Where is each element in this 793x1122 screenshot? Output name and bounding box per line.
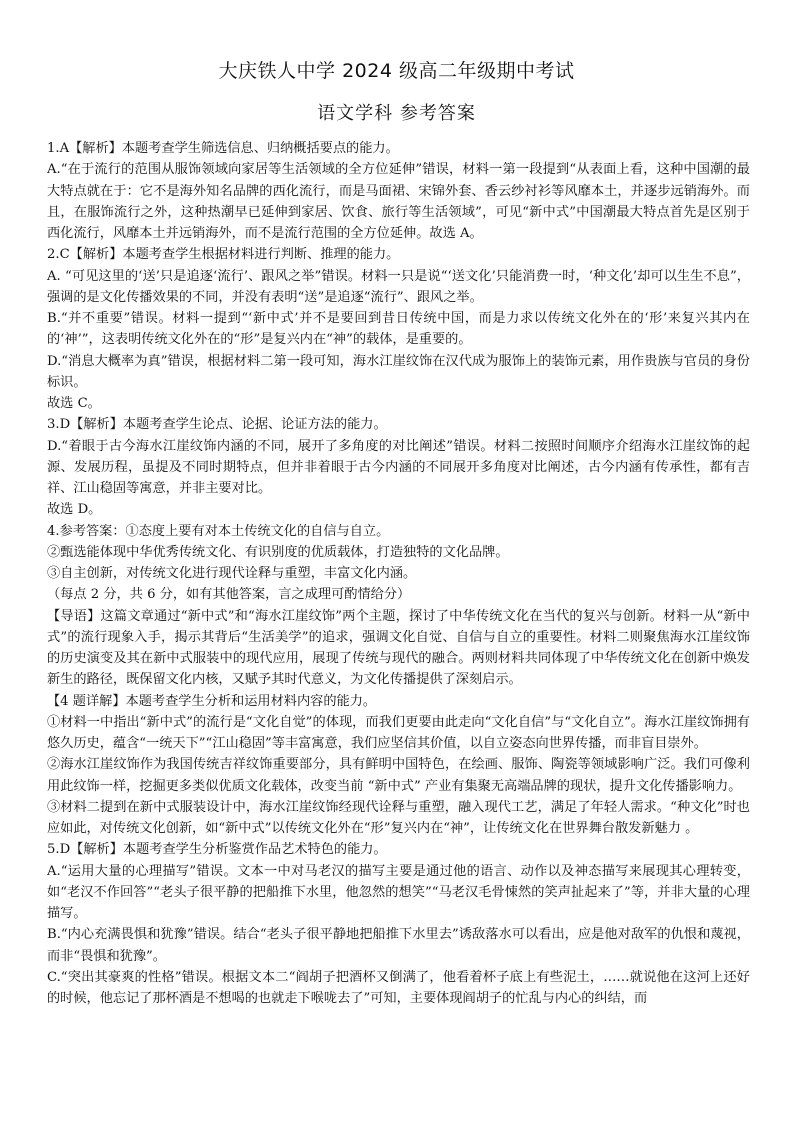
q4-detail-1: ①材料一中指出“新中式”的流行是“文化自觉”的体现，而我们更要由此走向“文化自信… [47, 712, 750, 755]
q2-option-a: A. “可见这里的‘送’只是追逐‘流行’、跟风之举”错误。材料一只是说“‘送文化… [47, 266, 750, 309]
q5-option-c: C.“突出其豪爽的性格”错误。根据文本二“阎胡子把酒杯又倒满了，他看着杯子底上有… [47, 967, 750, 1010]
answer-key-body: 1.A【解析】本题考查学生筛选信息、归纳概括要点的能力。 A.“在于流行的范围从… [47, 138, 750, 1009]
q4-detail-2: ②海水江崖纹饰作为我国传统吉祥纹饰重要部分，具有鲜明中国特色，在绘画、服饰、陶瓷… [47, 754, 750, 797]
q4-answer-point-3: ③自主创新，对传统文化进行现代诠释与重塑，丰富文化内涵。 [47, 563, 750, 584]
document-title: 大庆铁人中学 2024 级高二年级期中考试 [0, 58, 793, 84]
q5-option-b: B.“内心充满畏惧和犹豫”错误。结合“老头子很平静地把船推下水里去”诱敌落水可以… [47, 924, 750, 967]
document-subtitle: 语文学科 参考答案 [0, 101, 793, 127]
q3-option-d: D.“着眼于古今海水江崖纹饰内涵的不同，展开了多角度的对比阐述”错误。材料二按照… [47, 436, 750, 500]
q1-heading: 1.A【解析】本题考查学生筛选信息、归纳概括要点的能力。 [47, 138, 750, 159]
q3-heading: 3.D【解析】本题考查学生论点、论据、论证方法的能力。 [47, 414, 750, 435]
q4-detail-3: ③材料二提到在新中式服装设计中，海水江崖纹饰经现代诠释与重塑，融入现代工艺，满足… [47, 797, 750, 840]
q4-scoring-note: （每点 2 分，共 6 分，如有其他答案，言之成理可酌情给分） [47, 584, 750, 605]
document-page: 大庆铁人中学 2024 级高二年级期中考试 语文学科 参考答案 1.A【解析】本… [0, 0, 793, 1122]
q3-conclusion: 故选 D。 [47, 499, 750, 520]
q4-detail-heading: 【4 题详解】本题考查学生分析和运用材料内容的能力。 [47, 691, 750, 712]
guide-paragraph: 【导语】这篇文章通过“新中式”和“海水江崖纹饰”两个主题，探讨了中华传统文化在当… [47, 606, 750, 691]
q5-option-a: A.“运用大量的心理描写”错误。文本一中对马老汉的描写主要是通过他的语言、动作以… [47, 861, 750, 925]
q2-option-b: B.“并不重要”错误。材料一提到“‘新中式’并不是要回到昔日传统中国，而是力求以… [47, 308, 750, 351]
q4-answer-point-1: 4.参考答案：①态度上要有对本土传统文化的自信与自立。 [47, 521, 750, 542]
q2-option-d: D.“消息大概率为真”错误，根据材料二第一段可知，海水江崖纹饰在汉代成为服饰上的… [47, 351, 750, 394]
q4-answer-point-2: ②甄选能体现中华优秀传统文化、有识别度的优质载体，打造独特的文化品牌。 [47, 542, 750, 563]
q5-heading: 5.D【解析】本题考查学生分析鉴赏作品艺术特色的能力。 [47, 839, 750, 860]
q1-option-a: A.“在于流行的范围从服饰领域向家居等生活领域的全方位延伸”错误，材料一第一段提… [47, 159, 750, 244]
q2-conclusion: 故选 C。 [47, 393, 750, 414]
q2-heading: 2.C【解析】本题考查学生根据材料进行判断、推理的能力。 [47, 244, 750, 265]
